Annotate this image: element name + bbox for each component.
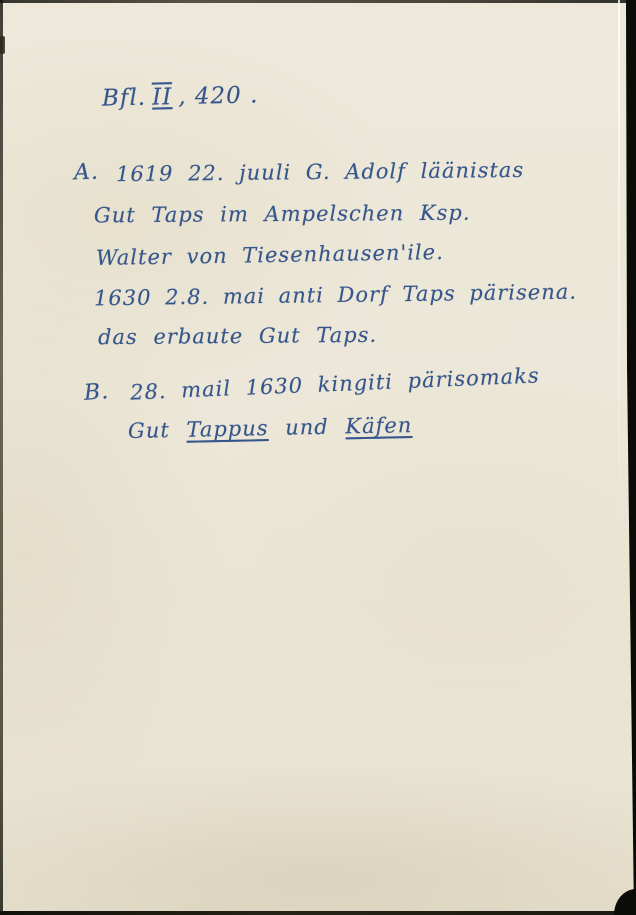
entry-b-word-gut: Gut (128, 418, 170, 443)
entry-a-line-1: 1619 22. juuli G. Adolf läänistas (116, 158, 524, 186)
scan-corner-shadow (614, 889, 636, 915)
scan-edge-right (626, 0, 636, 915)
entry-b-line-2: Gut Tappus und Käfen (128, 413, 413, 443)
reference-suffix: , 420 . (178, 82, 259, 110)
entry-a-label: A. (74, 160, 100, 186)
scanned-page: Bfl.II, 420 . A. 1619 22. juuli G. Adolf… (0, 0, 636, 915)
reference-line: Bfl.II, 420 . (102, 82, 259, 111)
entry-a-line-3: Walter von Tiesenhausen'ile. (96, 240, 444, 270)
paper-crease (618, 0, 620, 560)
entry-a-line-2: Gut Taps im Ampelschen Ksp. (94, 201, 471, 228)
scan-edge-left (0, 0, 3, 915)
reference-volume-roman-numeral: II (150, 84, 175, 111)
entry-b-word-und: und (285, 415, 329, 440)
entry-b-line-1: 28. mail 1630 kingiti pärisomaks (130, 363, 540, 404)
scan-edge-bottom (0, 911, 636, 915)
entry-a-line-5: das erbaute Gut Taps. (98, 323, 377, 349)
entry-b-word-tappus-underlined: Tappus (186, 416, 269, 442)
entry-a-line-4: 1630 2.8. mai anti Dorf Taps pärisena. (94, 280, 577, 311)
scan-edge-top (0, 0, 636, 3)
entry-b-label: B. (83, 379, 110, 406)
reference-prefix: Bfl. (102, 85, 147, 112)
entry-b-word-kaefen-underlined: Käfen (345, 413, 412, 438)
scan-artifact-smudge (0, 36, 5, 54)
